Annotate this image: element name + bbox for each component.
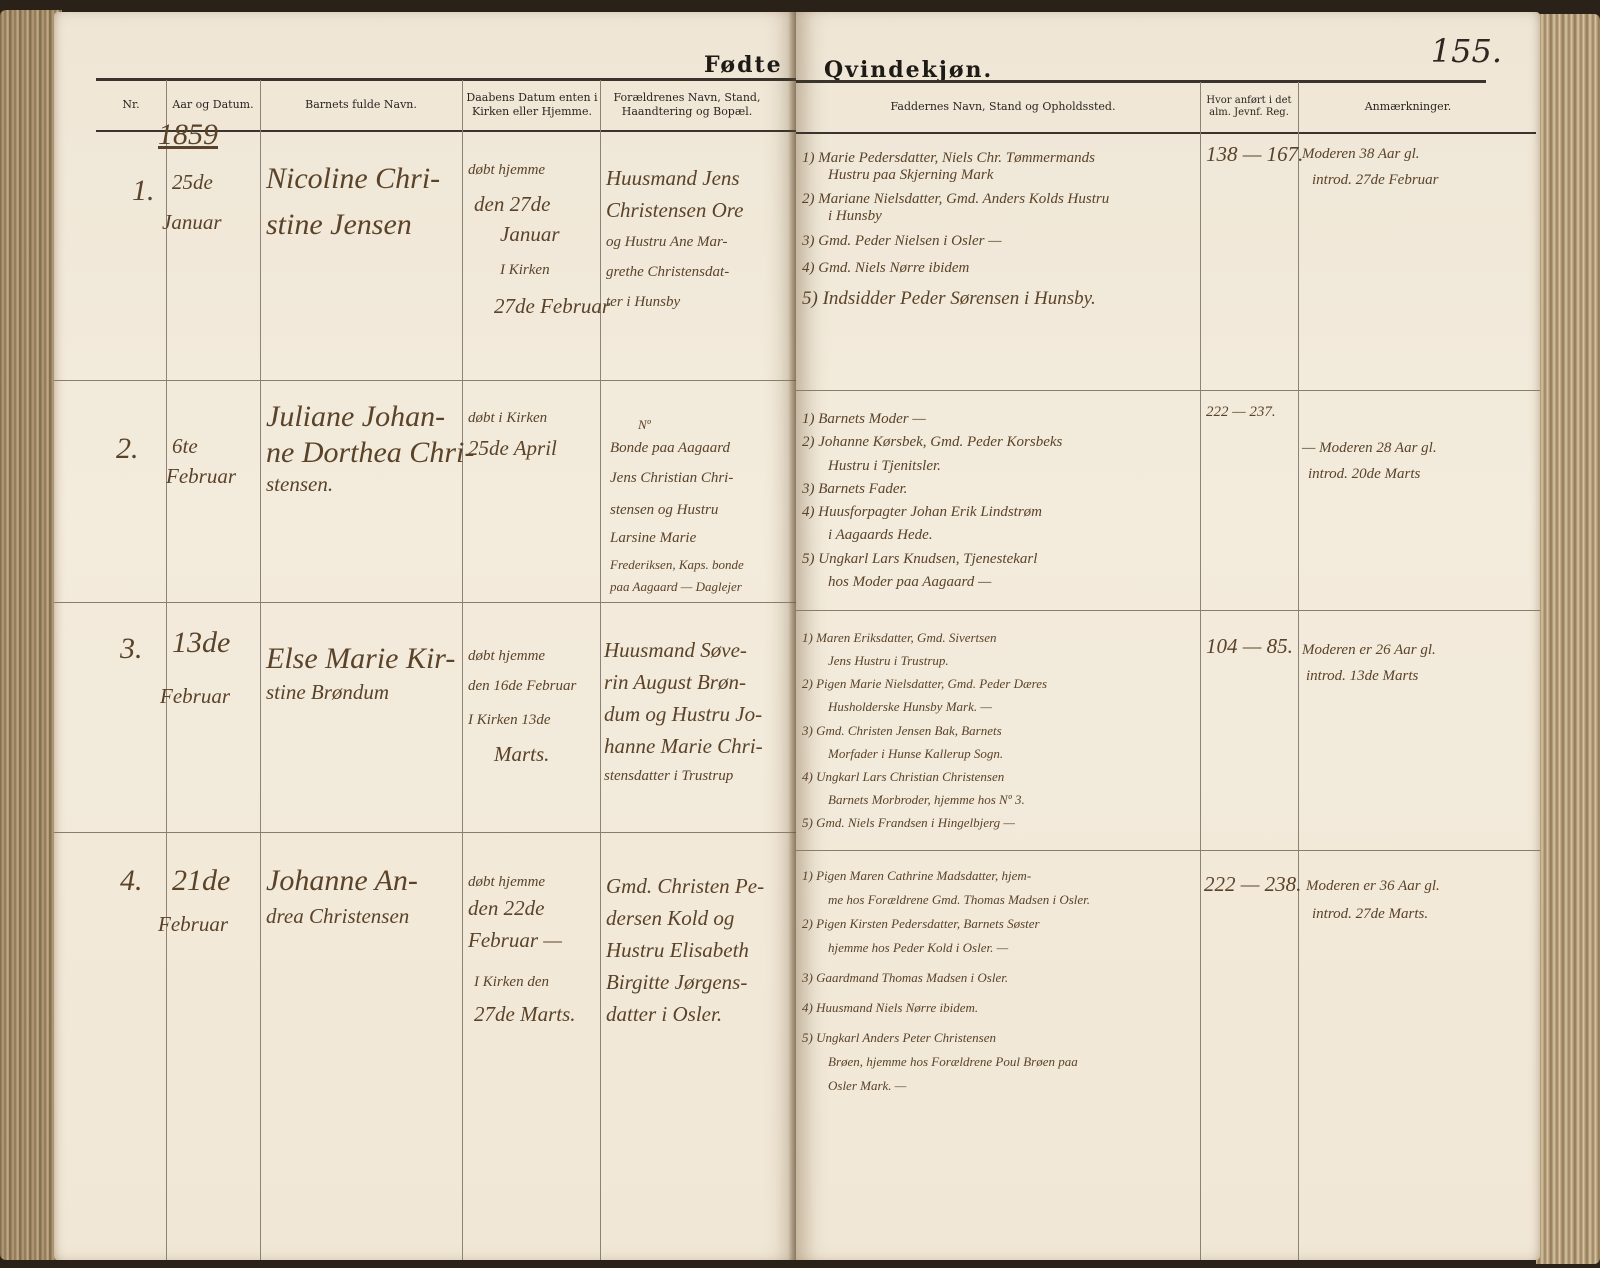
sponsor-4-detail: Barnets Morbroder, hjemme hos Nº 3. [802,788,1200,811]
entry-date-day: 6te [172,434,198,458]
column-divider [260,80,261,1260]
column-header-child-name: Barnets fulde Navn. [260,82,462,128]
sponsor-2-detail: i Hunsby [802,208,1200,225]
vaccination-ref: 104 — 85. [1206,634,1293,658]
left-page: Fødte Nr. Aar og Datum. Barnets fulde Na… [54,12,796,1260]
entry-date-month: Februar [160,684,230,708]
child-name-line: Juliane Johan- [266,400,445,435]
parents-line: Huusmand Jens [606,166,740,190]
sponsor-3: 3) Gaardmand Thomas Madsen i Osler. [802,966,1200,990]
header-top-rule [96,78,796,81]
entry-date-day: 21de [172,864,230,899]
baptism-line: den 27de [474,192,550,216]
entry-number: 4. [120,864,143,899]
remark-line: introd. 13de Marts [1306,668,1418,685]
remark-line: Moderen er 36 Aar gl. [1306,878,1440,895]
parents-line: ter i Hunsby [606,294,680,311]
entry-date-day: 13de [172,626,230,661]
baptism-line: døbt hjemme [468,648,545,665]
parents-line: Gmd. Christen Pe- [606,874,764,898]
column-divider [166,80,167,1260]
parents-line: stensdatter i Trustrup [604,768,733,785]
child-name-line: Else Marie Kir- [266,642,455,677]
parents-line: dersen Kold og [606,906,734,930]
baptism-line: 27de Marts. [474,1002,576,1026]
column-header-nr: Nr. [96,82,166,128]
row-separator [796,850,1540,851]
entry-number: 1. [132,174,155,209]
child-name-line: stensen. [266,472,333,496]
parents-line: dum og Hustru Jo- [604,702,762,726]
entry-date-month: Februar [166,464,236,488]
row-separator [54,380,796,381]
sponsor-list: 1) Pigen Maren Cathrine Madsdatter, hjem… [802,864,1200,1098]
register-title-left: Fødte [704,52,783,78]
baptism-line: 25de April [468,436,557,460]
sponsor-2: 2) Johanne Kørsbek, Gmd. Peder Korsbeks [802,431,1200,454]
column-header-remarks: Anmærkninger. [1298,84,1518,130]
sponsor-list: 1) Maren Eriksdatter, Gmd. Sivertsen Jen… [802,626,1200,834]
sponsor-5: 5) Ungkarl Anders Peter Christensen [802,1026,1200,1050]
child-name-line: drea Christensen [266,904,409,928]
child-name-line: Johanne An- [266,864,418,899]
entry-number: 2. [116,432,139,467]
header-top-rule [796,80,1486,83]
vaccination-ref: 222 — 238. [1204,872,1301,896]
sponsor-list: 1) Marie Pedersdatter, Niels Chr. Tømmer… [802,150,1200,309]
remark-line: introd. 27de Februar [1312,172,1439,189]
sponsor-4: 4) Gmd. Niels Nørre ibidem [802,260,1200,277]
entry-number: 3. [120,632,143,667]
parents-line: Bonde paa Aagaard [610,440,730,457]
parents-line: paa Aagaard — Daglejer [610,580,742,595]
parents-line: Larsine Marie [610,530,696,547]
child-name-line: stine Jensen [266,208,412,243]
remark-line: Moderen 38 Aar gl. [1302,146,1420,163]
column-header-vaccination-ref: Hvor anført i det alm. Jevnf. Reg. [1202,84,1296,130]
sponsor-2: 2) Mariane Nielsdatter, Gmd. Anders Kold… [802,191,1200,208]
sponsor-5: 5) Ungkarl Lars Knudsen, Tjenestekarl [802,548,1200,571]
register-year: 1859 [158,118,218,153]
parents-line: Frederiksen, Kaps. bonde [610,558,744,573]
entry-date-month: Januar [162,210,222,234]
entry-date-month: Februar [158,912,228,936]
baptism-line: døbt hjemme [468,162,545,179]
parents-line: Christensen Ore [606,198,743,222]
child-name-line: stine Brøndum [266,680,389,704]
parents-line: datter i Osler. [606,1002,722,1026]
sponsor-1: 1) Marie Pedersdatter, Niels Chr. Tømmer… [802,150,1200,167]
sponsor-1-detail: me hos Forældrene Gmd. Thomas Madsen i O… [802,888,1200,912]
sponsor-5: 5) Gmd. Niels Frandsen i Hingelbjerg — [802,811,1200,834]
baptism-line: døbt hjemme [468,874,545,891]
sponsor-2: 2) Pigen Kirsten Pedersdatter, Barnets S… [802,912,1200,936]
column-header-baptism-date: Daabens Datum enten i Kirken eller Hjemm… [466,82,598,128]
page-number: 155. [1431,32,1502,70]
parents-line: Jens Christian Chri- [610,470,733,487]
baptism-line: I Kirken [500,262,550,279]
sponsor-list: 1) Barnets Moder — 2) Johanne Kørsbek, G… [802,408,1200,594]
parents-line: stensen og Hustru [610,502,718,519]
sponsor-5-detail: Osler Mark. — [802,1074,1200,1098]
sponsor-5: 5) Indsidder Peder Sørensen i Hunsby. [802,288,1200,310]
sponsor-5-detail: Brøen, hjemme hos Forældrene Poul Brøen … [802,1050,1200,1074]
sponsor-3: 3) Gmd. Peder Nielsen i Osler — [802,233,1200,250]
entry-date-day: 25de [172,170,213,194]
sponsor-2-detail: Husholderske Hunsby Mark. — [802,695,1200,718]
vaccination-ref: 222 — 237. [1206,404,1276,421]
column-header-parents: Forældrenes Navn, Stand, Haandtering og … [602,82,772,128]
parents-line: rin August Brøn- [604,670,746,694]
remark-line: introd. 27de Marts. [1312,906,1428,923]
column-divider [600,80,601,1260]
vaccination-ref: 138 — 167. [1206,142,1303,166]
baptism-line: I Kirken den [474,974,549,991]
sponsor-1: 1) Pigen Maren Cathrine Madsdatter, hjem… [802,864,1200,888]
sponsor-5-detail: hos Moder paa Aagaard — [802,571,1200,594]
sponsor-3-detail: Morfader i Hunse Kallerup Sogn. [802,742,1200,765]
sponsor-1: 1) Barnets Moder — [802,408,1200,431]
sponsor-4-detail: i Aagaards Hede. [802,524,1200,547]
row-separator [796,390,1540,391]
register-scan: Fødte Nr. Aar og Datum. Barnets fulde Na… [0,0,1600,1268]
parents-line: Nº [638,418,651,433]
sponsor-3: 3) Gmd. Christen Jensen Bak, Barnets [802,719,1200,742]
remark-line: Moderen er 26 Aar gl. [1302,642,1436,659]
row-separator [796,610,1540,611]
row-separator [54,602,796,603]
sponsor-2-detail: hjemme hos Peder Kold i Osler. — [802,936,1200,960]
baptism-line: Februar — [468,928,562,952]
sponsor-2: 2) Pigen Marie Nielsdatter, Gmd. Peder D… [802,672,1200,695]
baptism-line: døbt i Kirken [468,410,547,427]
column-divider [1200,82,1201,1260]
sponsor-2-detail: Hustru i Tjenitsler. [802,455,1200,478]
sponsor-1-detail: Jens Hustru i Trustrup. [802,649,1200,672]
sponsor-4: 4) Huusmand Niels Nørre ibidem. [802,996,1200,1020]
remark-line: — Moderen 28 Aar gl. [1302,440,1437,457]
column-divider [462,80,463,1260]
sponsor-1-detail: Hustru paa Skjerning Mark [802,167,1200,184]
book-page-edges-left [0,10,62,1260]
child-name-line: ne Dorthea Chri- [266,436,474,471]
column-header-sponsors: Faddernes Navn, Stand og Opholdssted. [806,84,1200,130]
child-name-line: Nicoline Chri- [266,162,440,197]
sponsor-4: 4) Huusforpagter Johan Erik Lindstrøm [802,501,1200,524]
parents-line: Huusmand Søve- [604,638,747,662]
right-page: Qvindekjøn. 155. Faddernes Navn, Stand o… [796,12,1540,1260]
parents-line: grethe Christensdat- [606,264,729,281]
column-divider [1298,82,1299,1260]
book-page-edges-right [1536,14,1600,1264]
parents-line: hanne Marie Chri- [604,734,763,758]
parents-line: og Hustru Ane Mar- [606,234,728,251]
header-bottom-rule [796,132,1536,134]
parents-line: Birgitte Jørgens- [606,970,747,994]
row-separator [54,832,796,833]
baptism-line: 27de Februar [494,294,610,318]
parents-line: Hustru Elisabeth [606,938,749,962]
baptism-line: Marts. [494,742,549,766]
sponsor-1: 1) Maren Eriksdatter, Gmd. Sivertsen [802,626,1200,649]
remark-line: introd. 20de Marts [1308,466,1420,483]
baptism-line: Januar [500,222,560,246]
baptism-line: den 22de [468,896,544,920]
baptism-line: I Kirken 13de [468,712,550,729]
sponsor-3: 3) Barnets Fader. [802,478,1200,501]
sponsor-4: 4) Ungkarl Lars Christian Christensen [802,765,1200,788]
baptism-line: den 16de Februar [468,678,576,695]
